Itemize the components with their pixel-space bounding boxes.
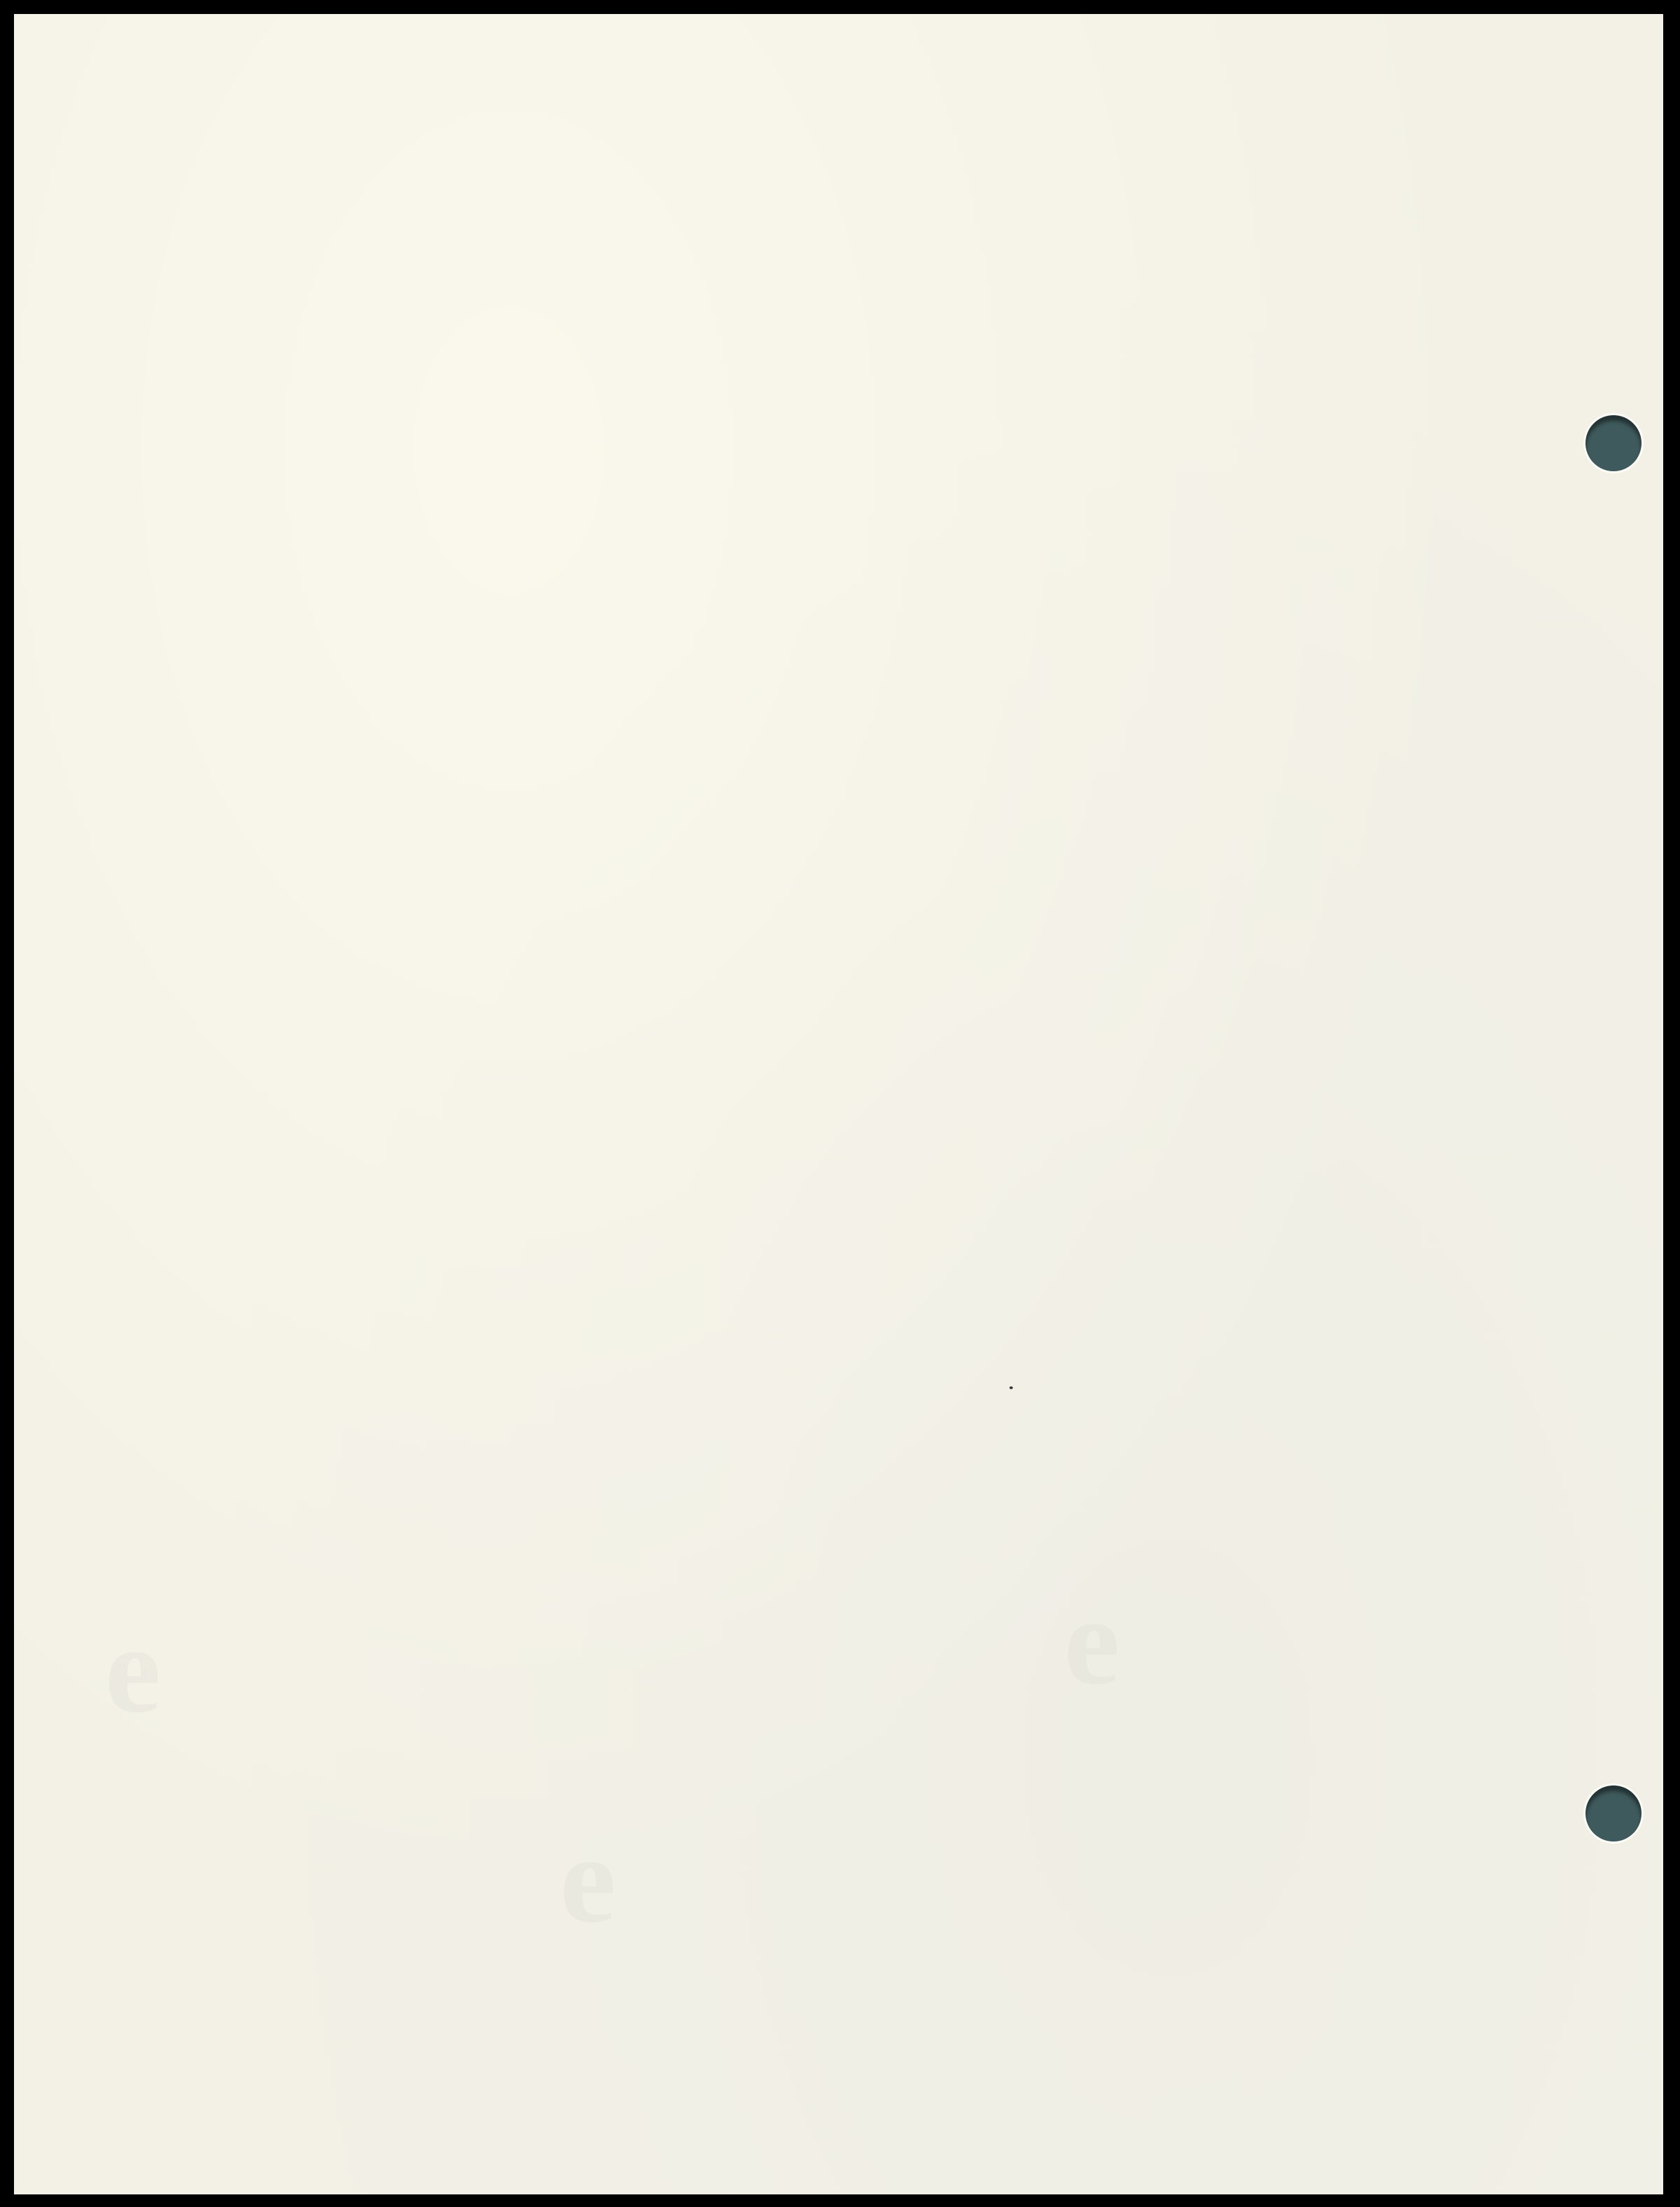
punch-hole-bottom [1585,1785,1641,1842]
punch-hole-top [1585,415,1641,471]
bleed-through-mark: e [1064,1568,1120,1713]
dust-speck [1009,1386,1013,1389]
bleed-through-mark: e [105,1596,161,1741]
bleed-through-mark: e [560,1806,616,1951]
scanned-page: e e e [14,14,1663,2194]
